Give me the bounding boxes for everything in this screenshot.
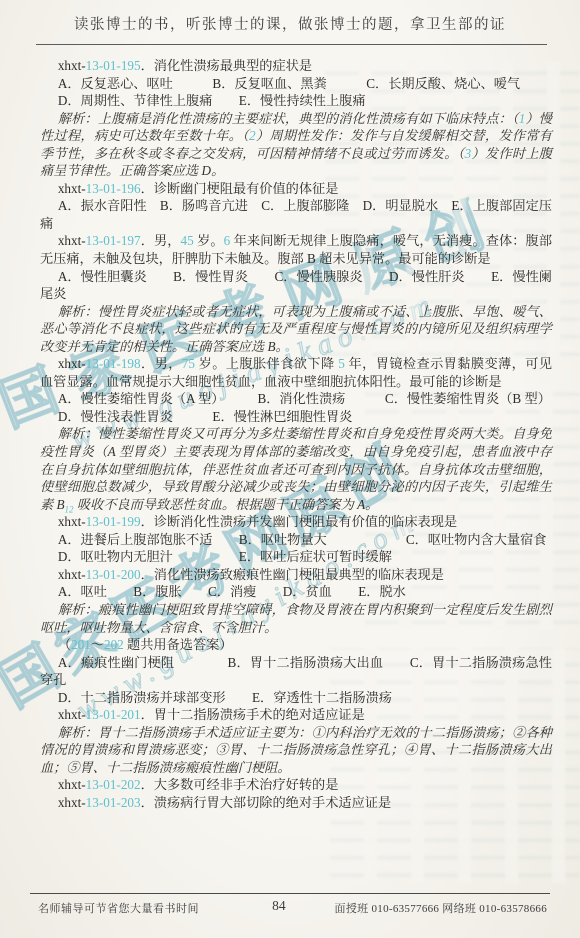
question-paragraph: D．十二指肠溃疡并球部变形 E．穿透性十二指肠溃疡 — [40, 689, 552, 707]
question-paragraph: xhxt-13-01-196．诊断幽门梗阻最有价值的体征是 — [40, 180, 552, 198]
text-segment: D．周期性、节律性上腹痛 E．慢性持续性上腹痛 — [58, 93, 366, 108]
header-rule — [36, 44, 547, 45]
accent-text-segment: 13-01-203 — [86, 795, 141, 810]
accent-text-segment: 13-01-202 — [86, 777, 141, 792]
question-paragraph: xhxt-13-01-203．溃疡病行胃大部切除的绝对手术适应证是 — [40, 794, 552, 812]
question-paragraph: A．慢性胆囊炎 B．慢性胃炎 C．慢性胰腺炎 D．慢性肝炎 E．慢性阑尾炎 — [40, 268, 552, 303]
analysis-paragraph: 解析：瘢痕性幽门梗阻致胃排空障碍，食物及胃液在胃内积聚到一定程度后发生剧烈呕吐，… — [40, 601, 552, 636]
text-segment: 题共用备选答案） — [124, 637, 233, 652]
footer-rule — [30, 893, 550, 894]
text-segment: xhxt- — [58, 58, 86, 73]
text-segment: ．胃十二指肠溃疡手术的绝对适应证是 — [141, 707, 365, 722]
text-segment: D．慢性浅表性胃炎 E．慢性淋巴细胞性胃炎 — [58, 409, 353, 424]
text-segment: xhxt- — [58, 233, 86, 248]
text-segment: xhxt- — [58, 795, 86, 810]
text-segment: ．消化性溃疡致瘢痕性幽门梗阻最典型的临床表现是 — [141, 567, 444, 582]
text-segment: ．消化性溃疡最典型的症状是 — [141, 58, 312, 73]
question-paragraph: xhxt-13-01-201．胃十二指肠溃疡手术的绝对适应证是 — [40, 706, 552, 724]
text-segment: xhxt- — [58, 567, 86, 582]
question-paragraph: xhxt-13-01-202．大多数可经非手术治疗好转的是 — [40, 776, 552, 794]
text-segment: 解析：胃十二指肠溃疡手术适应证主要为：①内科治疗无效的十二指肠溃疡；②各种情况的… — [40, 725, 552, 775]
text-segment: D．呕吐物内无胆汁 E．呕吐后症状可暂时缓解 — [58, 549, 392, 564]
accent-text-segment: 13-01-197 — [86, 233, 141, 248]
text-segment: xhxt- — [58, 777, 86, 792]
text-segment: A．振水音阳性 B．肠鸣音亢进 C．上腹部膨隆 D．明显脱水 E．上腹部固定压痛 — [40, 198, 552, 231]
text-segment: xhxt- — [58, 181, 86, 196]
question-paragraph: xhxt-13-01-195．消化性溃疡最典型的症状是 — [40, 57, 552, 75]
text-segment: ．大多数可经非手术治疗好转的是 — [141, 777, 339, 792]
accent-text-segment: 13-01-195 — [86, 58, 141, 73]
question-paragraph: xhxt-13-01-198．男，75 岁。上腹胀伴食欲下降 5 年，胃镜检查示… — [40, 355, 552, 390]
accent-text-segment: 75 — [182, 356, 195, 371]
text-segment: xhxt- — [58, 514, 86, 529]
accent-text-segment: 45 — [181, 233, 194, 248]
footer-contact-info: 面授班 010-63577666 网络班 010-63578666 — [335, 900, 547, 916]
text-segment: ～ — [91, 637, 104, 652]
text-segment: ．男， — [141, 233, 181, 248]
text-segment: A．瘢痕性幽门梗阻 B．胃十二指肠溃疡大出血 C．胃十二指肠溃疡急性穿孔 — [40, 655, 552, 688]
accent-text-segment: 2 — [249, 128, 256, 143]
accent-text-segment: 13-01-201 — [86, 707, 141, 722]
footer-left-slogan: 名师辅导可节省您大量看书时间 — [38, 900, 199, 916]
question-paragraph: （201～202 题共用备选答案） — [40, 636, 552, 654]
text-segment: A．呕吐 B．腹胀 C．消瘦 D．贫血 E．脱水 — [58, 584, 406, 599]
text-segment: 解析：慢性胃炎症状轻或者无症状，可表现为上腹痛或不适、上腹胀、早饱、嗳气、恶心等… — [40, 304, 552, 354]
text-segment: 吸收不良而导致恶性贫血。根据题干正确答案为 A。 — [74, 497, 379, 512]
text-segment: xhxt- — [58, 707, 86, 722]
accent-text-segment: 5 — [338, 356, 345, 371]
analysis-paragraph: 解析：胃十二指肠溃疡手术适应证主要为：①内科治疗无效的十二指肠溃疡；②各种情况的… — [40, 724, 552, 777]
text-segment: A．反复恶心、呕吐 B．反复呕血、黑粪 C．长期反酸、烧心、嗳气 — [58, 76, 520, 91]
question-paragraph: A．振水音阳性 B．肠鸣音亢进 C．上腹部膨隆 D．明显脱水 E．上腹部固定压痛 — [40, 197, 552, 232]
text-segment: 岁。 — [194, 233, 224, 248]
text-segment: ．诊断消化性溃疡并发幽门梗阻最有价值的临床表现是 — [141, 514, 458, 529]
question-paragraph: A．反复恶心、呕吐 B．反复呕血、黑粪 C．长期反酸、烧心、嗳气 — [40, 75, 552, 93]
document-body: xhxt-13-01-195．消化性溃疡最典型的症状是A．反复恶心、呕吐 B．反… — [40, 57, 552, 812]
text-segment: A．慢性胆囊炎 B．慢性胃炎 C．慢性胰腺炎 D．慢性肝炎 E．慢性阑尾炎 — [40, 269, 552, 302]
question-paragraph: A．瘢痕性幽门梗阻 B．胃十二指肠溃疡大出血 C．胃十二指肠溃疡急性穿孔 — [40, 654, 552, 689]
text-segment: 岁。上腹胀伴食欲下降 — [195, 356, 338, 371]
text-segment: ．溃疡病行胃大部切除的绝对手术适应证是 — [141, 795, 392, 810]
header-slogan: 读张博士的书，听张博士的课，做张博士的题，拿卫生部的证 — [0, 13, 580, 34]
question-paragraph: A．慢性萎缩性胃炎（A 型） B．消化性溃疡 C．慢性萎缩性胃炎（B 型） — [40, 390, 552, 408]
footer-page-number: 84 — [272, 898, 286, 914]
analysis-paragraph: 解析：慢性萎缩性胃炎又可再分为多灶萎缩性胃炎和自身免疫性胃炎两大类。自身免疫性胃… — [40, 425, 552, 513]
accent-text-segment: 201 — [71, 637, 91, 652]
question-paragraph: xhxt-13-01-199．诊断消化性溃疡并发幽门梗阻最有价值的临床表现是 — [40, 513, 552, 531]
text-segment: ．男， — [141, 356, 182, 371]
scanned-exam-page: { "header": { "slogan": "读张博士的书，听张博士的课，做… — [0, 0, 580, 938]
accent-text-segment: 13-01-200 — [86, 567, 141, 582]
accent-text-segment: 13-01-199 — [86, 514, 141, 529]
question-paragraph: A．呕吐 B．腹胀 C．消瘦 D．贫血 E．脱水 — [40, 583, 552, 601]
accent-text-segment: 13-01-198 — [86, 356, 141, 371]
text-segment: （ — [58, 637, 71, 652]
question-paragraph: D．呕吐物内无胆汁 E．呕吐后症状可暂时缓解 — [40, 548, 552, 566]
text-segment: ．诊断幽门梗阻最有价值的体征是 — [141, 181, 339, 196]
question-paragraph: A．进餐后上腹部饱胀不适 B．呕吐物量大 C．呕吐物内含大量宿食 — [40, 531, 552, 549]
text-segment: D．十二指肠溃疡并球部变形 E．穿透性十二指肠溃疡 — [58, 690, 392, 705]
question-paragraph: D．慢性浅表性胃炎 E．慢性淋巴细胞性胃炎 — [40, 408, 552, 426]
question-paragraph: xhxt-13-01-200．消化性溃疡致瘢痕性幽门梗阻最典型的临床表现是 — [40, 566, 552, 584]
text-segment: A．进餐后上腹部饱胀不适 B．呕吐物量大 C．呕吐物内含大量宿食 — [58, 532, 547, 547]
analysis-paragraph: 解析：上腹痛是消化性溃疡的主要症状，典型的消化性溃疡有如下临床特点：（1）慢性过… — [40, 110, 552, 180]
analysis-paragraph: 解析：慢性胃炎症状轻或者无症状，可表现为上腹痛或不适、上腹胀、早饱、嗳气、恶心等… — [40, 303, 552, 356]
question-paragraph: xhxt-13-01-197．男，45 岁。6 年来间断无规律上腹隐痛，嗳气，无… — [40, 232, 552, 267]
text-segment: A．慢性萎缩性胃炎（A 型） B．消化性溃疡 C．慢性萎缩性胃炎（B 型） — [58, 391, 551, 406]
text-segment: xhxt- — [58, 356, 86, 371]
question-paragraph: D．周期性、节律性上腹痛 E．慢性持续性上腹痛 — [40, 92, 552, 110]
accent-text-segment: 13-01-196 — [86, 181, 141, 196]
accent-text-segment: 202 — [104, 637, 124, 652]
text-segment: 解析：上腹痛是消化性溃疡的主要症状，典型的消化性溃疡有如下临床特点：（ — [58, 111, 519, 126]
text-segment: 解析：瘢痕性幽门梗阻致胃排空障碍，食物及胃液在胃内积聚到一定程度后发生剧烈呕吐，… — [40, 602, 552, 635]
